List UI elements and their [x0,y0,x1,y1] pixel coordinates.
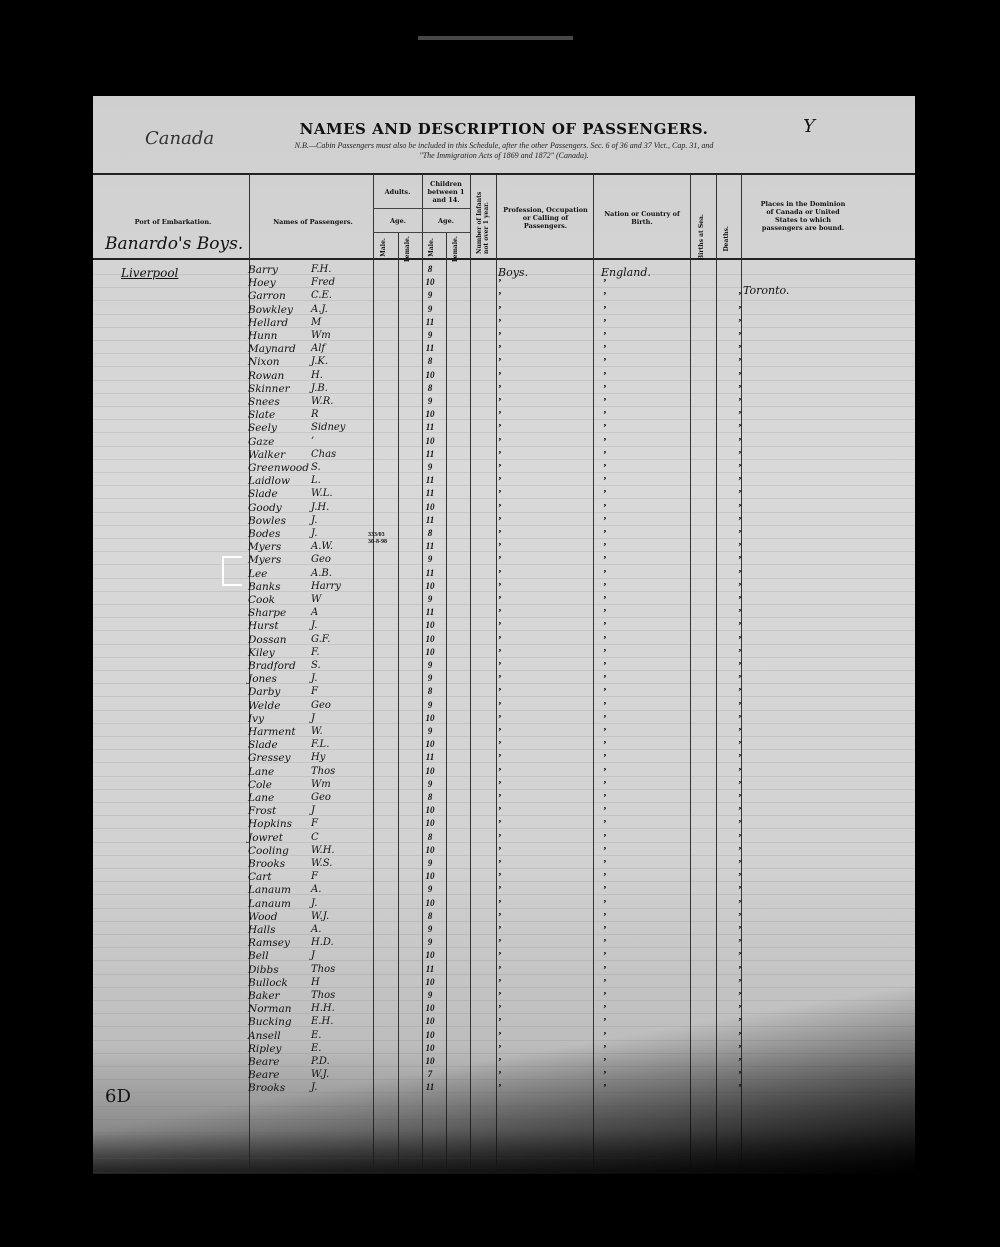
passenger-surname: Slade [248,488,278,500]
passenger-surname: Nixon [248,356,280,368]
passenger-row: BeareP.D.10’’’ [93,1056,915,1070]
ditto-destination: ’ [738,937,742,949]
ditto-nation: ’ [603,554,607,566]
ditto-destination: ’ [738,990,742,1002]
passenger-age: 10 [423,620,437,630]
passenger-age: 9 [423,884,437,894]
passenger-given-name: G.F. [311,634,330,645]
ditto-nation: ’ [603,911,607,923]
passenger-given-name: F [311,871,318,882]
ditto-profession: ’ [498,1003,502,1015]
passenger-surname: Welde [248,700,280,712]
passenger-given-name: Sidney [311,422,345,433]
ditto-profession: ’ [498,502,502,514]
passenger-row: BeareW.J.7’’’ [93,1069,915,1083]
passenger-age: 10 [423,805,437,815]
ditto-nation: ’ [603,1043,607,1055]
header-names: Names of Passengers. [263,218,363,226]
passenger-given-name: H. [311,370,323,381]
ditto-destination: ’ [738,1043,742,1055]
passenger-given-name: Thos [311,990,335,1001]
passenger-age: 11 [423,1082,437,1092]
passenger-given-name: Harry [311,581,341,592]
ditto-destination: ’ [738,370,742,382]
passenger-given-name: F [311,686,318,697]
ditto-nation: ’ [603,805,607,817]
ditto-nation: ’ [603,686,607,698]
ditto-nation: ’ [603,290,607,302]
passenger-surname: Snees [248,396,280,408]
passenger-row: RowanH.10’’’ [93,370,915,384]
ditto-nation: ’ [603,1030,607,1042]
passenger-surname: Frost [248,805,276,817]
passenger-surname: Kiley [248,647,275,659]
ditto-profession: ’ [498,290,502,302]
ditto-destination: ’ [738,1056,742,1068]
ditto-profession: ’ [498,475,502,487]
ditto-nation: ’ [603,343,607,355]
passenger-given-name: Wm [311,779,331,790]
passenger-given-name: J.K. [311,356,328,367]
passenger-surname: Halls [248,924,276,936]
ditto-profession: ’ [498,950,502,962]
ditto-profession: ’ [498,673,502,685]
ditto-destination: ’ [738,449,742,461]
header-child-female: Female. [452,236,459,262]
ditto-nation: ’ [603,568,607,580]
passenger-age: 8 [423,792,437,802]
ditto-nation: ’ [603,779,607,791]
header-children: Children between 1 and 14. [423,180,469,204]
passenger-surname: Dibbs [248,964,279,976]
subtitle-line-2: "The Immigration Acts of 1869 and 1872" … [233,151,775,161]
passenger-surname: Hunn [248,330,277,342]
passenger-row: HarmentW.9’’’ [93,726,915,740]
passenger-row: SneesW.R.9’’’ [93,396,915,410]
header-port: Port of Embarkation. [123,218,223,226]
header-adult-female: Female. [404,236,411,262]
ditto-destination: ’ [738,462,742,474]
passenger-surname: Bowles [248,515,286,527]
passenger-given-name: A.J. [311,304,328,315]
passenger-age: 10 [423,502,437,512]
passenger-row: RipleyE.10’’’ [93,1043,915,1057]
ditto-destination: ’ [738,950,742,962]
passenger-row: HellardM11’’’ [93,317,915,331]
ditto-destination: ’ [738,924,742,936]
ditto-destination: ’ [738,488,742,500]
ditto-nation: ’ [603,356,607,368]
passenger-row: ColeWm9’’’ [93,779,915,793]
passenger-given-name: A. [311,924,321,935]
passenger-surname: Beare [248,1069,279,1081]
passenger-age: 10 [423,409,437,419]
passenger-row: MyersGeo9’’’ [93,554,915,568]
ditto-nation: ’ [603,449,607,461]
passenger-age: 9 [423,990,437,1000]
passenger-given-name: J.H. [311,502,329,513]
passenger-age: 9 [423,858,437,868]
passenger-surname: Cole [248,779,272,791]
passenger-given-name: J. [311,673,317,684]
ditto-profession: ’ [498,304,502,316]
ditto-nation: ’ [603,634,607,646]
passenger-row: LaneThos10’’’ [93,766,915,780]
passenger-row: BullockH10’’’ [93,977,915,991]
passenger-age: 8 [423,383,437,393]
passenger-given-name: W. [311,726,323,737]
passenger-surname: Goody [248,502,282,514]
ditto-nation: ’ [603,884,607,896]
passenger-age: 9 [423,937,437,947]
ditto-nation: ’ [603,330,607,342]
passenger-row: NixonJ.K.8’’’ [93,356,915,370]
ditto-destination: ’ [738,436,742,448]
ditto-profession: ’ [498,568,502,580]
ditto-destination: ’ [738,409,742,421]
ditto-destination: ’ [738,356,742,368]
ditto-nation: ’ [603,871,607,883]
ditto-nation: ’ [603,502,607,514]
ditto-destination: ’ [738,1069,742,1081]
passenger-surname: Myers [248,554,281,566]
passenger-given-name: Geo [311,792,331,803]
ditto-nation: ’ [603,977,607,989]
passenger-age: 9 [423,304,437,314]
passenger-row: DibbsThos11’’’ [93,964,915,978]
passenger-surname: Barry [248,264,278,276]
passenger-given-name: H.H. [311,1003,335,1014]
passenger-age: 9 [423,594,437,604]
ditto-profession: ’ [498,726,502,738]
passenger-age: 10 [423,634,437,644]
passenger-row: LaneGeo8’’’ [93,792,915,806]
header-deaths: Deaths. [723,226,730,252]
passenger-given-name: E. [311,1043,321,1054]
passenger-age: 9 [423,726,437,736]
passenger-surname: Ramsey [248,937,290,949]
passenger-age: 10 [423,1030,437,1040]
passenger-age: 10 [423,977,437,987]
ditto-profession: ’ [498,700,502,712]
passenger-age: 8 [423,528,437,538]
passenger-row: JowretC8’’’ [93,832,915,846]
passenger-row: HopkinsF10’’’ [93,818,915,832]
passenger-given-name: W.L. [311,488,333,499]
passenger-surname: Darby [248,686,280,698]
passenger-age: 8 [423,911,437,921]
ditto-profession: ’ [498,330,502,342]
ditto-profession: ’ [498,541,502,553]
ditto-profession: ’ [498,436,502,448]
passenger-age: 11 [423,475,437,485]
header-destination: Places in the Dominion of Canada or Unit… [758,200,848,232]
passenger-given-name: A.B. [311,568,332,579]
passenger-given-name: Geo [311,554,331,565]
passenger-surname: Slate [248,409,275,421]
ditto-profession: ’ [498,449,502,461]
ditto-destination: ’ [738,884,742,896]
passenger-surname: Sharpe [248,607,286,619]
passenger-row: SeelySidney11’’’ [93,422,915,436]
passenger-surname: Ripley [248,1043,282,1055]
ditto-profession: ’ [498,924,502,936]
passenger-row: DarbyF8’’’ [93,686,915,700]
passenger-given-name: A [311,607,318,618]
group-label: Banardo's Boys. [105,234,243,254]
passenger-surname: Bodes [248,528,280,540]
passenger-row: JonesJ.9’’’ [93,673,915,687]
ditto-nation: ’ [603,1056,607,1068]
passenger-surname: Wood [248,911,277,923]
passenger-age: 11 [423,488,437,498]
passenger-row: BarryF.H.8 [93,264,915,278]
ditto-profession: ’ [498,713,502,725]
passenger-age: 9 [423,554,437,564]
ditto-profession: ’ [498,554,502,566]
passenger-age: 10 [423,950,437,960]
passenger-surname: Lanaum [248,884,291,896]
passenger-age: 10 [423,277,437,287]
passenger-row: HunnWm9’’’ [93,330,915,344]
header-bottom-rule [93,258,915,260]
passenger-surname: Bell [248,950,269,962]
passenger-row: LaidlowL.11’’’ [93,475,915,489]
passenger-age: 11 [423,317,437,327]
ditto-destination: ’ [738,528,742,540]
ditto-profession: ’ [498,515,502,527]
ditto-destination: ’ [738,818,742,830]
ditto-nation: ’ [603,950,607,962]
passenger-age: 10 [423,1003,437,1013]
ditto-destination: ’ [738,660,742,672]
passenger-surname: Bowkley [248,304,293,316]
ditto-nation: ’ [603,937,607,949]
passenger-row: IvyJ10’’’ [93,713,915,727]
header-adults-age: Age. [383,217,413,225]
header-adult-male: Male. [380,238,387,257]
passenger-surname: Rowan [248,370,284,382]
passenger-surname: Hoey [248,277,276,289]
ledger-rule [93,1106,915,1107]
ditto-profession: ’ [498,620,502,632]
passenger-given-name: J. [311,515,317,526]
passenger-row: LanaumA.9’’’ [93,884,915,898]
passenger-surname: Gressey [248,752,291,764]
passenger-age: 9 [423,673,437,683]
ditto-destination: ’ [738,752,742,764]
passenger-age: 9 [423,779,437,789]
passenger-age: 9 [423,330,437,340]
ditto-destination: ’ [738,1003,742,1015]
passenger-surname: Baker [248,990,280,1002]
ditto-profession: ’ [498,752,502,764]
ditto-profession: ’ [498,343,502,355]
ditto-destination: ’ [738,1082,742,1094]
passenger-row: HoeyFred10’’ [93,277,915,291]
passenger-age: 9 [423,660,437,670]
passenger-row: WoodW.J.8’’’ [93,911,915,925]
ditto-destination: ’ [738,858,742,870]
ditto-destination: ’ [738,673,742,685]
ditto-profession: ’ [498,871,502,883]
passenger-row: SharpeA11’’’ [93,607,915,621]
ditto-profession: ’ [498,779,502,791]
passenger-given-name: E. [311,1030,321,1041]
ditto-nation: ’ [603,1016,607,1028]
ditto-destination: ’ [738,515,742,527]
ditto-nation: ’ [603,660,607,672]
passenger-surname: Skinner [248,383,290,395]
ditto-profession: ’ [498,739,502,751]
passenger-age: 11 [423,568,437,578]
ditto-nation: ’ [603,594,607,606]
passenger-row: BuckingE.H.10’’’ [93,1016,915,1030]
passenger-surname: Greenwood [248,462,309,474]
passenger-surname: Cart [248,871,272,883]
passenger-age: 10 [423,1043,437,1053]
ditto-nation: ’ [603,317,607,329]
passenger-given-name: W.H. [311,845,335,856]
passenger-surname: Hopkins [248,818,292,830]
ditto-destination: ’ [738,647,742,659]
passenger-row: WeldeGeo9’’’ [93,700,915,714]
passenger-given-name: L. [311,475,321,486]
passenger-given-name: Fred [311,277,335,288]
passenger-surname: Gaze [248,436,274,448]
ditto-destination: ’ [738,779,742,791]
ditto-nation: ’ [603,700,607,712]
passenger-row: NormanH.H.10’’’ [93,1003,915,1017]
ditto-destination: ’ [738,343,742,355]
ditto-nation: ’ [603,304,607,316]
ditto-destination: ’ [738,607,742,619]
ditto-destination: ’ [738,568,742,580]
ditto-nation: ’ [603,541,607,553]
ditto-nation: ’ [603,620,607,632]
ditto-destination: ’ [738,766,742,778]
passenger-surname: Ivy [248,713,264,725]
ditto-destination: ’ [738,911,742,923]
ditto-profession: ’ [498,409,502,421]
passenger-age: 11 [423,607,437,617]
ditto-profession: ’ [498,805,502,817]
ditto-nation: ’ [603,422,607,434]
ditto-profession: ’ [498,488,502,500]
passenger-given-name: W.S. [311,858,332,869]
passenger-row: BakerThos9’’’ [93,990,915,1004]
ditto-profession: ’ [498,964,502,976]
ditto-nation: ’ [603,436,607,448]
ditto-profession: ’ [498,607,502,619]
passenger-given-name: F. [311,647,320,658]
passenger-given-name: S. [311,660,321,671]
ditto-nation: ’ [603,739,607,751]
passenger-given-name: J. [311,1082,317,1093]
ledger-rule [93,1145,915,1146]
passenger-age: 10 [423,739,437,749]
passenger-row: DossanG.F.10’’’ [93,634,915,648]
ditto-destination: ’ [738,964,742,976]
passenger-age: 11 [423,449,437,459]
passenger-row: FrostJ10’’’ [93,805,915,819]
passenger-age: 8 [423,356,437,366]
passenger-given-name: E.H. [311,1016,333,1027]
ditto-nation: ’ [603,752,607,764]
passenger-age: 11 [423,343,437,353]
passenger-age: 10 [423,871,437,881]
passenger-age: 9 [423,924,437,934]
passenger-given-name: A. [311,884,321,895]
passenger-given-name: W [311,594,321,605]
ditto-destination: ’ [738,290,742,302]
passenger-age: 9 [423,700,437,710]
header-child-male: Male. [428,238,435,257]
page-title: NAMES AND DESCRIPTION OF PASSENGERS. [93,120,915,138]
passenger-row: MyersA.W.11’’’ [93,541,915,555]
passenger-row: SladeF.L.10’’’ [93,739,915,753]
passenger-row: BrooksW.S.9’’’ [93,858,915,872]
ditto-profession: ’ [498,370,502,382]
passenger-row: BanksHarry10’’’ [93,581,915,595]
passenger-surname: Cooling [248,845,289,857]
ditto-nation: ’ [603,845,607,857]
ditto-profession: ’ [498,647,502,659]
passenger-row: BradfordS.9’’’ [93,660,915,674]
ditto-nation: ’ [603,818,607,830]
passenger-surname: Maynard [248,343,296,355]
passenger-surname: Hurst [248,620,279,632]
passenger-given-name: J. [311,898,317,909]
passenger-age: 11 [423,964,437,974]
ditto-profession: ’ [498,1056,502,1068]
ditto-destination: ’ [738,713,742,725]
passenger-surname: Hellard [248,317,288,329]
ditto-destination: ’ [738,726,742,738]
ditto-destination: ’ [738,304,742,316]
film-edge-mark [418,36,573,40]
header-nation: Nation or Country of Birth. [598,210,686,226]
ditto-nation: ’ [603,488,607,500]
ditto-profession: ’ [498,858,502,870]
passenger-given-name: F [311,818,318,829]
passenger-given-name: A.W. [311,541,333,552]
ditto-profession: ’ [498,766,502,778]
passenger-given-name: Wm [311,330,331,341]
ditto-profession: ’ [498,594,502,606]
passenger-row: SladeW.L.11’’’ [93,488,915,502]
ditto-profession: ’ [498,845,502,857]
passenger-surname: Myers [248,541,281,553]
passenger-given-name: Hy [311,752,325,763]
passenger-age: 11 [423,752,437,762]
ditto-destination: ’ [738,554,742,566]
ditto-nation: ’ [603,792,607,804]
passenger-age: 8 [423,832,437,842]
passenger-row: KileyF.10’’’ [93,647,915,661]
passenger-surname: Ansell [248,1030,281,1042]
passenger-age: 11 [423,422,437,432]
ditto-profession: ’ [498,898,502,910]
passenger-age: 10 [423,845,437,855]
ditto-profession: ’ [498,792,502,804]
passenger-given-name: Thos [311,964,335,975]
ditto-destination: ’ [738,396,742,408]
passenger-row: Gaze’10’’’ [93,436,915,450]
passenger-age: 7 [423,1069,437,1079]
ditto-nation: ’ [603,964,607,976]
passenger-age: 10 [423,1056,437,1066]
